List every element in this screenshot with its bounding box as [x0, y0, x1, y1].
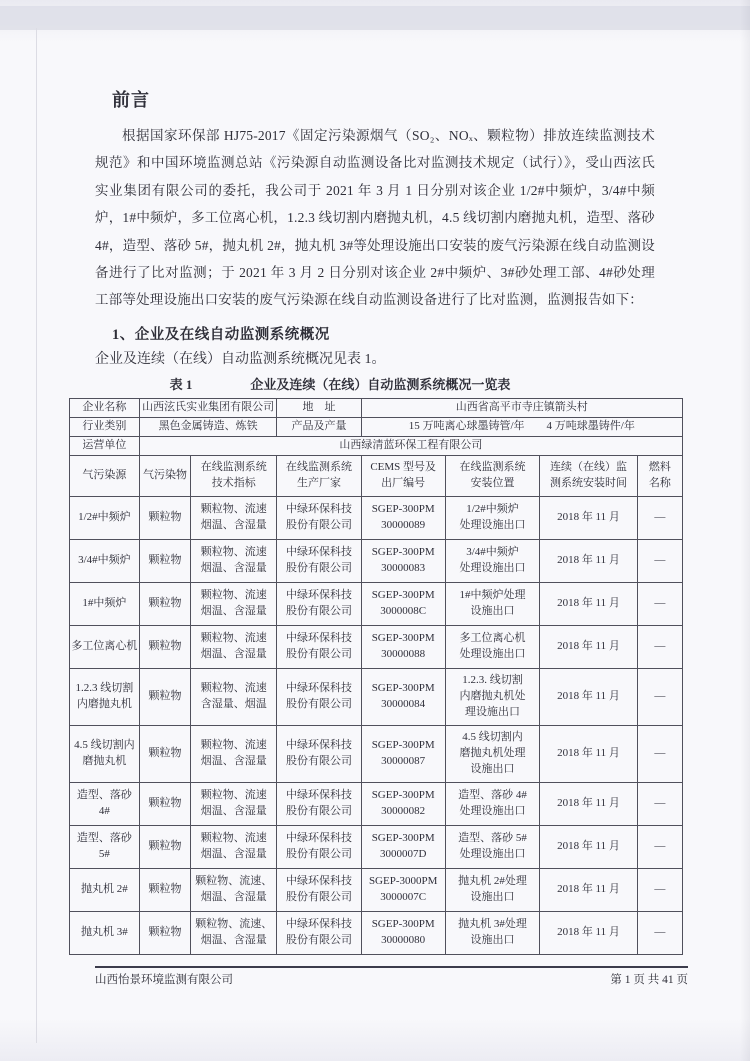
table-cell: 造型、落砂 4# 处理设施出口: [445, 782, 539, 825]
info-row: 行业类别黑色金属铸造、炼铁产品及产量15 万吨离心球墨铸管/年 4 万吨球墨铸件…: [70, 417, 683, 436]
info-label: 产品及产量: [277, 417, 361, 436]
column-header: 在线监测系统 技术指标: [191, 455, 277, 496]
info-value: 山西绿清蓝环保工程有限公司: [139, 436, 682, 455]
table-cell: 中绿环保科技 股份有限公司: [277, 496, 361, 539]
table-row: 多工位离心机颗粒物颗粒物、流速 烟温、含湿量中绿环保科技 股份有限公司SGEP-…: [70, 625, 683, 668]
table-cell: 颗粒物、流速 烟温、含湿量: [191, 582, 277, 625]
table-cell: 造型、落砂 5#: [70, 825, 140, 868]
table-cell: 颗粒物、流速 烟温、含湿量: [191, 825, 277, 868]
table-cell: 中绿环保科技 股份有限公司: [277, 868, 361, 911]
column-header: CEMS 型号及 出厂编号: [361, 455, 445, 496]
page-content: 前言 根据国家环保部 HJ75-2017《固定污染源烟气（SO₂、NOₓ、颗粒物…: [0, 0, 750, 955]
section-heading: 1、企业及在线自动监测系统概况: [112, 323, 750, 344]
table-cell: 多工位离心机 处理设施出口: [445, 625, 539, 668]
table-cell: 颗粒物: [139, 825, 190, 868]
table-cell: 颗粒物: [139, 782, 190, 825]
section-intro: 企业及连续（在线）自动监测系统概况见表 1。: [95, 348, 750, 368]
table-row: 抛丸机 2#颗粒物颗粒物、流速、 烟温、含湿量中绿环保科技 股份有限公司SGEP…: [70, 868, 683, 911]
table-cell: 1#中频炉处理 设施出口: [445, 582, 539, 625]
table-cell: —: [637, 582, 682, 625]
table-row: 造型、落砂 4#颗粒物颗粒物、流速 烟温、含湿量中绿环保科技 股份有限公司SGE…: [70, 782, 683, 825]
table-cell: 颗粒物、流速 烟温、含湿量: [191, 625, 277, 668]
table-cell: 颗粒物、流速、 烟温、含湿量: [191, 911, 277, 954]
column-header: 气污染物: [139, 455, 190, 496]
footer-page-number: 第 1 页 共 41 页: [610, 971, 688, 987]
info-row: 企业名称山西泫氏实业集团有限公司地 址山西省高平市寺庄镇箭头村: [70, 398, 683, 417]
table-cell: 颗粒物: [139, 539, 190, 582]
table-cell: 颗粒物: [139, 582, 190, 625]
table-row: 3/4#中频炉颗粒物颗粒物、流速 烟温、含湿量中绿环保科技 股份有限公司SGEP…: [70, 539, 683, 582]
table-cell: SGEP-300PM 30000082: [361, 782, 445, 825]
table-cell: —: [637, 725, 682, 782]
info-value: 山西省高平市寺庄镇箭头村: [361, 398, 682, 417]
table-cell: 颗粒物: [139, 911, 190, 954]
table-cell: —: [637, 539, 682, 582]
table-cell: 抛丸机 3#处理 设施出口: [445, 911, 539, 954]
document-page: 前言 根据国家环保部 HJ75-2017《固定污染源烟气（SO₂、NOₓ、颗粒物…: [0, 0, 750, 1061]
table-cell: 多工位离心机: [70, 625, 140, 668]
table-cell: 2018 年 11 月: [540, 625, 638, 668]
table-cell: —: [637, 868, 682, 911]
table-cell: 3/4#中频炉: [70, 539, 140, 582]
info-label: 地 址: [277, 398, 361, 417]
table-cell: 中绿环保科技 股份有限公司: [277, 582, 361, 625]
table-cell: SGEP-300PM 30000080: [361, 911, 445, 954]
table-cell: 中绿环保科技 股份有限公司: [277, 782, 361, 825]
table-cell: SGEP-300PM 3000008C: [361, 582, 445, 625]
info-label: 行业类别: [70, 417, 140, 436]
table-cell: 抛丸机 2#: [70, 868, 140, 911]
table-cell: 颗粒物、流速 烟温、含湿量: [191, 782, 277, 825]
table-cell: 中绿环保科技 股份有限公司: [277, 825, 361, 868]
table-cell: SGEP-300PM 30000087: [361, 725, 445, 782]
table-cell: 颗粒物: [139, 868, 190, 911]
table-cell: —: [637, 911, 682, 954]
table-row: 1#中频炉颗粒物颗粒物、流速 烟温、含湿量中绿环保科技 股份有限公司SGEP-3…: [70, 582, 683, 625]
table-cell: 2018 年 11 月: [540, 825, 638, 868]
table-caption: 表 1 企业及连续（在线）自动监测系统概况一览表: [0, 374, 680, 393]
table-cell: 1/2#中频炉: [70, 496, 140, 539]
table-cell: —: [637, 782, 682, 825]
page-title: 前言: [112, 86, 750, 112]
info-value: 15 万吨离心球墨铸管/年 4 万吨球墨铸件/年: [361, 417, 682, 436]
table-row: 抛丸机 3#颗粒物颗粒物、流速、 烟温、含湿量中绿环保科技 股份有限公司SGEP…: [70, 911, 683, 954]
table-cell: 4.5 线切割内 磨抛丸机: [70, 725, 140, 782]
table-cell: SGEP-300PM 30000084: [361, 668, 445, 725]
table-cell: SGEP-300PM 30000088: [361, 625, 445, 668]
table-cell: 3/4#中频炉 处理设施出口: [445, 539, 539, 582]
table-cell: 中绿环保科技 股份有限公司: [277, 625, 361, 668]
table-cell: —: [637, 825, 682, 868]
table-cell: —: [637, 668, 682, 725]
column-header: 气污染源: [70, 455, 140, 496]
table-cell: 抛丸机 3#: [70, 911, 140, 954]
table-cell: 1.2.3. 线切割 内磨抛丸机处 理设施出口: [445, 668, 539, 725]
table-cell: 1/2#中频炉 处理设施出口: [445, 496, 539, 539]
table-cell: 中绿环保科技 股份有限公司: [277, 539, 361, 582]
table-cell: 造型、落砂 5# 处理设施出口: [445, 825, 539, 868]
table-cell: 颗粒物、流速 烟温、含湿量: [191, 496, 277, 539]
table-cell: 2018 年 11 月: [540, 911, 638, 954]
table-cell: 2018 年 11 月: [540, 782, 638, 825]
table-cell: 2018 年 11 月: [540, 539, 638, 582]
column-header: 在线监测系统 安装位置: [445, 455, 539, 496]
table-cell: 1.2.3 线切割 内磨抛丸机: [70, 668, 140, 725]
table-cell: —: [637, 496, 682, 539]
table-cell: 抛丸机 2#处理 设施出口: [445, 868, 539, 911]
table-cell: SGEP-3000PM 3000007C: [361, 868, 445, 911]
info-row: 运营单位山西绿清蓝环保工程有限公司: [70, 436, 683, 455]
table-cell: 4.5 线切割内 磨抛丸机处理 设施出口: [445, 725, 539, 782]
table-cell: 中绿环保科技 股份有限公司: [277, 911, 361, 954]
table-cell: 颗粒物: [139, 625, 190, 668]
info-label: 运营单位: [70, 436, 140, 455]
table-cell: 颗粒物: [139, 496, 190, 539]
table-cell: SGEP-300PM 3000007D: [361, 825, 445, 868]
table-cell: 颗粒物、流速 烟温、含湿量: [191, 539, 277, 582]
table-cell: 颗粒物、流速、 烟温、含湿量: [191, 868, 277, 911]
table-cell: 2018 年 11 月: [540, 496, 638, 539]
table-cell: 1#中频炉: [70, 582, 140, 625]
info-label: 企业名称: [70, 398, 140, 417]
table-cell: 颗粒物: [139, 725, 190, 782]
table-title: 企业及连续（在线）自动监测系统概况一览表: [250, 374, 510, 393]
column-header: 燃料 名称: [637, 455, 682, 496]
header-row: 气污染源气污染物在线监测系统 技术指标在线监测系统 生产厂家CEMS 型号及 出…: [70, 455, 683, 496]
table-cell: SGEP-300PM 30000083: [361, 539, 445, 582]
table-cell: 中绿环保科技 股份有限公司: [277, 668, 361, 725]
table-cell: 中绿环保科技 股份有限公司: [277, 725, 361, 782]
info-value: 山西泫氏实业集团有限公司: [139, 398, 277, 417]
table-row: 1.2.3 线切割 内磨抛丸机颗粒物颗粒物、流速 含湿量、烟温中绿环保科技 股份…: [70, 668, 683, 725]
table-cell: 2018 年 11 月: [540, 582, 638, 625]
table-row: 1/2#中频炉颗粒物颗粒物、流速 烟温、含湿量中绿环保科技 股份有限公司SGEP…: [70, 496, 683, 539]
info-value: 黑色金属铸造、炼铁: [139, 417, 277, 436]
table-cell: 2018 年 11 月: [540, 668, 638, 725]
table-cell: 颗粒物: [139, 668, 190, 725]
table-cell: 2018 年 11 月: [540, 725, 638, 782]
table-cell: 颗粒物、流速 烟温、含湿量: [191, 725, 277, 782]
table-row: 4.5 线切割内 磨抛丸机颗粒物颗粒物、流速 烟温、含湿量中绿环保科技 股份有限…: [70, 725, 683, 782]
footer-company: 山西怡景环境监测有限公司: [95, 971, 233, 987]
preface-paragraph: 根据国家环保部 HJ75-2017《固定污染源烟气（SO₂、NOₓ、颗粒物）排放…: [95, 122, 655, 314]
table-cell: 颗粒物、流速 含湿量、烟温: [191, 668, 277, 725]
column-header: 在线监测系统 生产厂家: [277, 455, 361, 496]
table-cell: 2018 年 11 月: [540, 868, 638, 911]
table-row: 造型、落砂 5#颗粒物颗粒物、流速 烟温、含湿量中绿环保科技 股份有限公司SGE…: [70, 825, 683, 868]
overview-table: 企业名称山西泫氏实业集团有限公司地 址山西省高平市寺庄镇箭头村行业类别黑色金属铸…: [69, 398, 683, 955]
table-cell: —: [637, 625, 682, 668]
column-header: 连续（在线）监 测系统安装时间: [540, 455, 638, 496]
table-label: 表 1: [170, 374, 193, 393]
page-footer: 山西怡景环境监测有限公司 第 1 页 共 41 页: [95, 966, 688, 987]
table-cell: SGEP-300PM 30000089: [361, 496, 445, 539]
table-cell: 造型、落砂 4#: [70, 782, 140, 825]
